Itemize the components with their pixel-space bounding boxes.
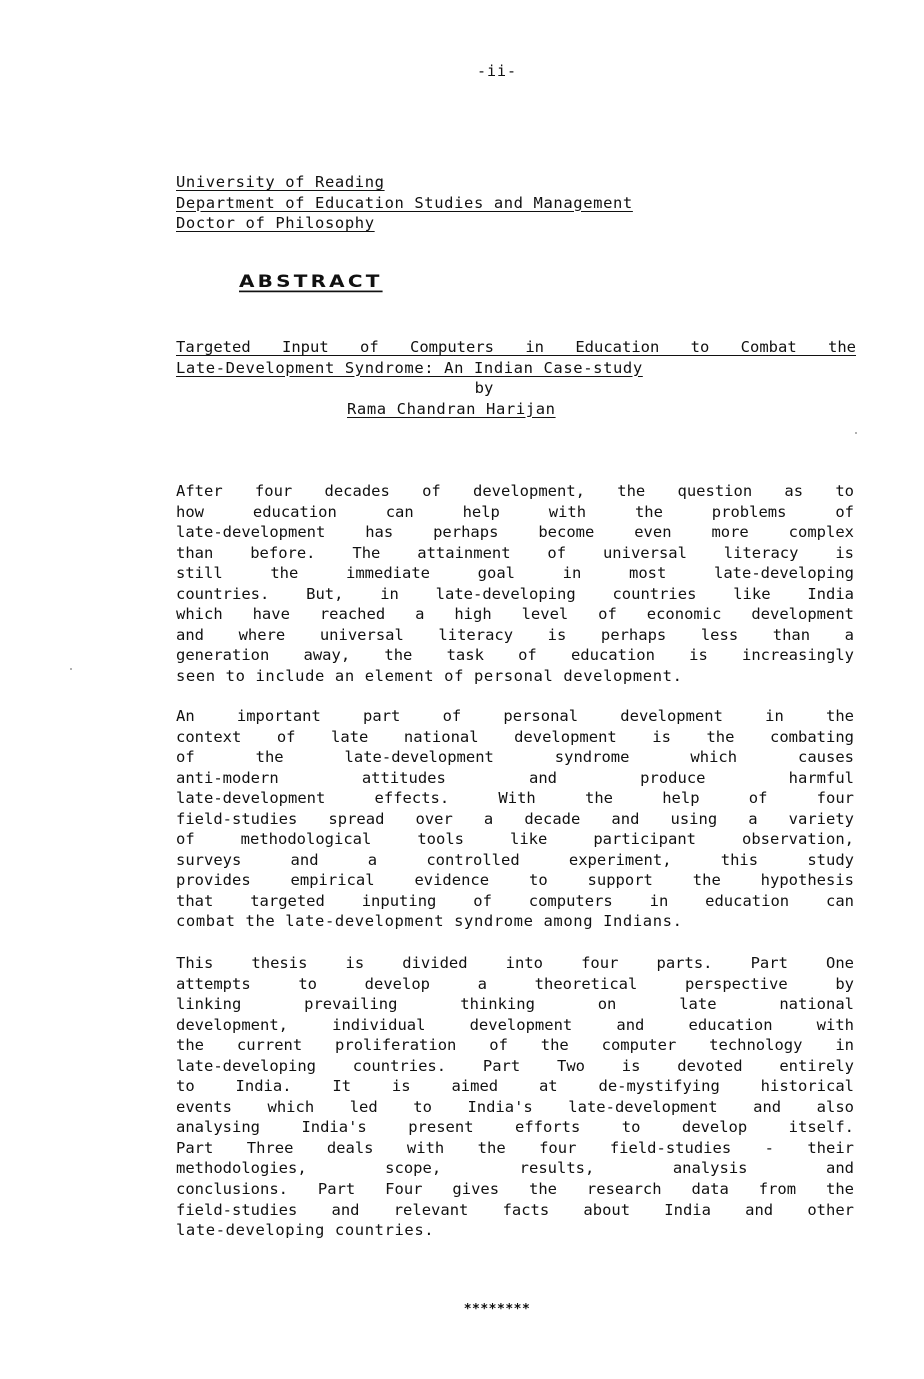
paragraph-line: provides empirical evidence to support t… <box>176 870 854 891</box>
scan-speck <box>70 668 72 670</box>
paragraph-line: methodologies, scope, results, analysis … <box>176 1158 854 1179</box>
institution-header: University of Reading Department of Educ… <box>176 172 633 234</box>
paragraph-line: that targeted inputing of computers in e… <box>176 891 854 912</box>
paragraph-line: field-studies and relevant facts about I… <box>176 1200 854 1221</box>
paragraph-line: events which led to India's late-develop… <box>176 1097 854 1118</box>
paragraph-line: than before. The attainment of universal… <box>176 543 854 564</box>
paragraph-line: late-developing countries. <box>176 1220 854 1241</box>
abstract-paragraph-2: An important part of personal developmen… <box>176 706 854 932</box>
paragraph-line: late-development effects. With the help … <box>176 788 854 809</box>
author-name: Rama Chandran Harijan <box>176 399 856 420</box>
paragraph-line: combat the late-development syndrome amo… <box>176 911 854 932</box>
paragraph-line: late-developing countries. Part Two is d… <box>176 1056 854 1077</box>
paragraph-line: of the late-development syndrome which c… <box>176 747 854 768</box>
paragraph-line: anti-modern attitudes and produce harmfu… <box>176 768 854 789</box>
degree-name: Doctor of Philosophy <box>176 213 633 234</box>
paragraph-line: Part Three deals with the four field-stu… <box>176 1138 854 1159</box>
by-label: by <box>176 378 792 399</box>
paragraph-line: generation away, the task of education i… <box>176 645 854 666</box>
paragraph-line: analysing India's present efforts to dev… <box>176 1117 854 1138</box>
university-name: University of Reading <box>176 172 633 193</box>
paragraph-line: the current proliferation of the compute… <box>176 1035 854 1056</box>
paragraph-line: which have reached a high level of econo… <box>176 604 854 625</box>
thesis-title-block: Targeted Input of Computers in Education… <box>176 337 856 419</box>
paragraph-line: seen to include an element of personal d… <box>176 666 854 687</box>
paragraph-line: This thesis is divided into four parts. … <box>176 953 854 974</box>
abstract-paragraph-1: After four decades of development, the q… <box>176 481 854 686</box>
thesis-title-line-1: Targeted Input of Computers in Education… <box>176 337 856 358</box>
paragraph-line: late-development has perhaps become even… <box>176 522 854 543</box>
paragraph-line: field-studies spread over a decade and u… <box>176 809 854 830</box>
paragraph-line: how education can help with the problems… <box>176 502 854 523</box>
paragraph-line: and where universal literacy is perhaps … <box>176 625 854 646</box>
paragraph-line: linking prevailing thinking on late nati… <box>176 994 854 1015</box>
thesis-title-line-2: Late-Development Syndrome: An Indian Cas… <box>176 358 856 379</box>
paragraph-line: An important part of personal developmen… <box>176 706 854 727</box>
paragraph-line: of methodological tools like participant… <box>176 829 854 850</box>
department-name: Department of Education Studies and Mana… <box>176 193 633 214</box>
paragraph-line: countries. But, in late-developing count… <box>176 584 854 605</box>
paragraph-line: attempts to develop a theoretical perspe… <box>176 974 854 995</box>
paragraph-line: context of late national development is … <box>176 727 854 748</box>
paragraph-line: still the immediate goal in most late-de… <box>176 563 854 584</box>
scan-speck <box>855 432 857 434</box>
page-number: -ii- <box>0 62 924 80</box>
paragraph-line: After four decades of development, the q… <box>176 481 854 502</box>
paragraph-line: development, individual development and … <box>176 1015 854 1036</box>
abstract-heading: ABSTRACT <box>239 271 383 291</box>
abstract-paragraph-3: This thesis is divided into four parts. … <box>176 953 854 1241</box>
paragraph-line: conclusions. Part Four gives the researc… <box>176 1179 854 1200</box>
end-mark: ******** <box>0 1302 924 1317</box>
paragraph-line: surveys and a controlled experiment, thi… <box>176 850 854 871</box>
paragraph-line: to India. It is aimed at de-mystifying h… <box>176 1076 854 1097</box>
